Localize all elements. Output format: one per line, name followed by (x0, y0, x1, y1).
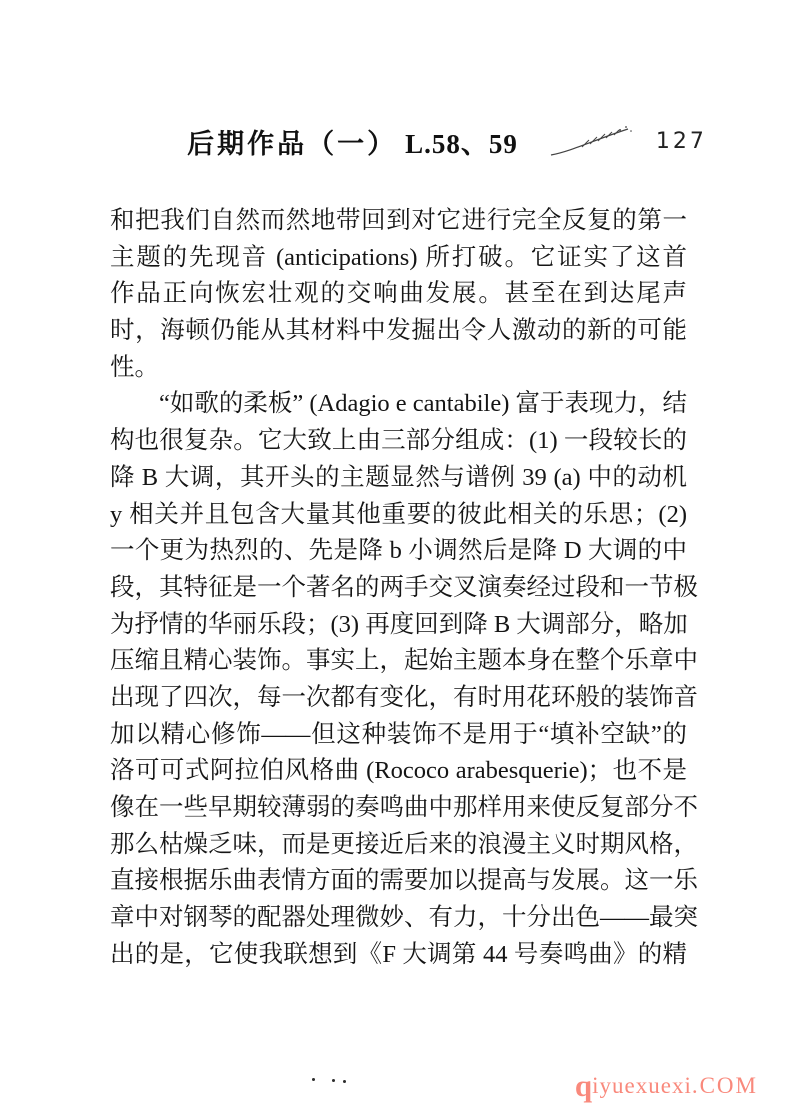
running-head: 后期作品（一） L.58、59 127 (187, 122, 707, 161)
text-line: y 相关并且包含大量其他重要的彼此相关的乐思；(2) (110, 497, 687, 534)
text-line: 像在一些早期较薄弱的奏鸣曲中那样用来使反复部分不 (110, 790, 687, 827)
scan-dot (312, 1078, 315, 1081)
text-line: 出的是，它使我联想到《F 大调第 44 号奏鸣曲》的精 (110, 937, 687, 974)
text-line: 构也很复杂。它大致上由三部分组成：(1) 一段较长的 (110, 423, 687, 460)
text-line: 为抒情的华丽乐段；(3) 再度回到降 B 大调部分，略加 (110, 607, 687, 644)
text-line: 出现了四次，每一次都有变化，有时用花环般的装饰音 (110, 680, 687, 717)
text-line: 压缩且精心装饰。事实上，起始主题本身在整个乐章中 (110, 643, 687, 680)
running-head-catalog: L.58、59 (405, 122, 518, 161)
scan-dot (343, 1080, 346, 1083)
text-line: 一个更为热烈的、先是降 b 小调然后是降 D 大调的中 (110, 533, 687, 570)
text-line: 时，海顿仍能从其材料中发掘出令人激动的新的可能 (110, 313, 687, 350)
running-head-title: 后期作品（一） (187, 122, 397, 161)
text-line: 洛可可式阿拉伯风格曲 (Rococo arabesquerie)；也不是 (110, 753, 687, 790)
quill-flourish-icon (548, 124, 634, 160)
body-text: 和把我们自然而然地带回到对它进行完全反复的第一主题的先现音 (anticipat… (110, 203, 687, 973)
text-line: 降 B 大调，其开头的主题显然与谱例 39 (a) 中的动机 (110, 460, 687, 497)
text-line: 加以精心修饰——但这种装饰不是用于“填补空缺”的 (110, 717, 687, 754)
book-page: 后期作品（一） L.58、59 127 和把我们自然而然地带回到对它进行完全反复… (0, 0, 794, 1120)
text-line: 和把我们自然而然地带回到对它进行完全反复的第一 (110, 203, 687, 240)
page-number: 127 (656, 129, 707, 154)
text-line: “如歌的柔板” (Adagio e cantabile) 富于表现力，结 (110, 386, 687, 423)
text-line: 章中对钢琴的配器处理微妙、有力，十分出色——最突 (110, 900, 687, 937)
text-line: 主题的先现音 (anticipations) 所打破。它证实了这首 (110, 240, 687, 277)
watermark-initial: q (575, 1068, 592, 1103)
text-line: 段，其特征是一个著名的两手交叉演奏经过段和一节极 (110, 570, 687, 607)
watermark-tld: .COM (692, 1073, 758, 1098)
text-line: 直接根据乐曲表情方面的需要加以提高与发展。这一乐 (110, 863, 687, 900)
scan-dot (332, 1079, 335, 1082)
page-header: 后期作品（一） L.58、59 127 (0, 122, 794, 161)
text-line: 性。 (110, 350, 687, 387)
text-line: 那么枯燥乏味，而是更接近后来的浪漫主义时期风格， (110, 827, 687, 864)
watermark-domain: iyuexuexi (592, 1073, 692, 1098)
text-line: 作品正向恢宏壮观的交响曲发展。甚至在到达尾声 (110, 276, 687, 313)
site-watermark: qiyuexuexi.COM (575, 1068, 758, 1104)
